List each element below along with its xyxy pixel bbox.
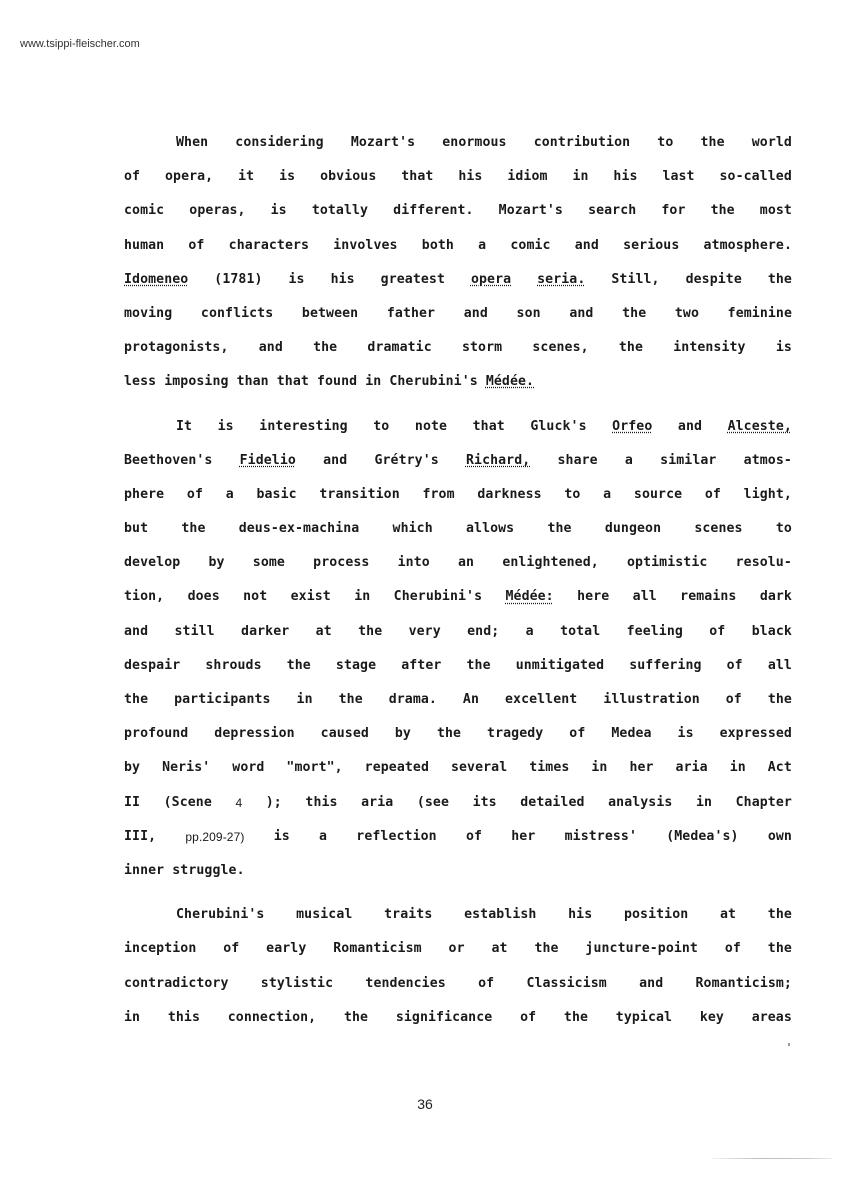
word: transition: [319, 478, 399, 512]
word: (Scene: [164, 786, 212, 820]
word: of: [727, 649, 743, 683]
word: position: [624, 898, 688, 932]
word: Neris': [162, 751, 210, 785]
word: of: [709, 615, 725, 649]
word: to: [373, 410, 389, 444]
word: source: [634, 478, 682, 512]
word: feeling: [627, 615, 683, 649]
text-line: Idomeneo(1781)ishisgreatestoperaseria.St…: [124, 263, 792, 297]
word: shrouds: [205, 649, 261, 683]
word: to: [657, 126, 673, 160]
word: but: [124, 512, 148, 546]
word: from: [422, 478, 454, 512]
word: Beethoven's: [124, 444, 212, 478]
word: connection,: [228, 1001, 316, 1035]
word: musical: [296, 898, 352, 932]
word: note: [415, 410, 447, 444]
word: her: [629, 751, 653, 785]
word: light,: [744, 478, 792, 512]
word: of: [726, 683, 742, 717]
word: struggle.: [172, 854, 244, 888]
word: areas: [752, 1001, 792, 1035]
word: a: [478, 229, 486, 263]
word: of: [124, 160, 140, 194]
word: the: [768, 932, 792, 966]
paragraph-gap: [124, 400, 792, 410]
text-line: inthisconnection,thesignificanceofthetyp…: [124, 1001, 792, 1035]
text-line: butthedeus-ex-machinawhichallowsthedunge…: [124, 512, 792, 546]
word: detailed: [520, 786, 584, 820]
word: contradictory: [124, 967, 229, 1001]
word: the: [534, 932, 558, 966]
paragraph: ItisinterestingtonotethatGluck'sOrfeoand…: [124, 410, 792, 889]
word: opera,: [165, 160, 213, 194]
word: his: [568, 898, 592, 932]
word: tragedy: [487, 717, 543, 751]
word: reflection: [356, 820, 436, 854]
word: key: [700, 1001, 724, 1035]
word: own: [768, 820, 792, 854]
word: It: [176, 410, 192, 444]
word: that: [473, 410, 505, 444]
word: despite: [686, 263, 742, 297]
text-line: movingconflictsbetweenfatherandsonandthe…: [124, 297, 792, 331]
word: world: [752, 126, 792, 160]
word: (see: [417, 786, 449, 820]
word: and: [575, 229, 599, 263]
word: dungeon: [605, 512, 661, 546]
word: Romanticism;: [696, 967, 792, 1001]
word: early: [266, 932, 306, 966]
word: his: [458, 160, 482, 194]
word: of: [705, 478, 721, 512]
word: inner: [124, 854, 172, 888]
word: is: [776, 331, 792, 365]
word: of: [725, 932, 741, 966]
document-body: WhenconsideringMozart'senormouscontribut…: [124, 126, 792, 1035]
word: and: [678, 410, 702, 444]
word: operas,: [189, 194, 245, 228]
word: end;: [467, 615, 499, 649]
word: atmosphere.: [704, 229, 792, 263]
word: deus-ex-machina: [239, 512, 360, 546]
word: different.: [393, 194, 473, 228]
word: "mort",: [286, 751, 342, 785]
word: between: [302, 297, 358, 331]
word: Classicism: [526, 967, 606, 1001]
word: so-called: [720, 160, 792, 194]
text-line: theparticipantsinthedrama.Anexcellentill…: [124, 683, 792, 717]
word: is: [274, 820, 290, 854]
word: repeated: [365, 751, 429, 785]
word: at: [491, 932, 507, 966]
word: optimistic: [627, 546, 707, 580]
word: the: [437, 717, 461, 751]
word: of: [188, 229, 204, 263]
word: the: [547, 512, 571, 546]
word: An: [463, 683, 479, 717]
word: pp.209-27): [185, 820, 244, 854]
word: aria: [676, 751, 708, 785]
word: in: [572, 160, 588, 194]
word: by: [124, 751, 140, 785]
word: in: [730, 751, 746, 785]
word: Still,: [611, 263, 659, 297]
word: of: [520, 1001, 536, 1035]
word: juncture-point: [585, 932, 698, 966]
word: allows: [466, 512, 514, 546]
word: (Medea's): [666, 820, 738, 854]
word: black: [752, 615, 792, 649]
word: seria.: [537, 263, 585, 297]
text-line: humanofcharactersinvolvesbothacomicandse…: [124, 229, 792, 263]
word: the: [701, 126, 725, 160]
word: or: [449, 932, 465, 966]
word: II: [124, 786, 140, 820]
word: very: [409, 615, 441, 649]
word: dark: [760, 580, 792, 614]
word: the: [358, 615, 382, 649]
word: human: [124, 229, 164, 263]
word: of: [478, 967, 494, 1001]
text-line: WhenconsideringMozart'senormouscontribut…: [124, 126, 792, 160]
word: develop: [124, 546, 180, 580]
word: the: [768, 263, 792, 297]
word: for: [661, 194, 685, 228]
word: Fidelio: [240, 444, 296, 478]
word: significance: [396, 1001, 492, 1035]
word: unmitigated: [516, 649, 604, 683]
word: excellent: [505, 683, 577, 717]
word: idiom: [507, 160, 547, 194]
word: despair: [124, 649, 180, 683]
word: imposing: [164, 365, 236, 399]
word: the: [313, 331, 337, 365]
word: than: [237, 365, 277, 399]
word: When: [176, 126, 208, 160]
word: opera: [471, 263, 511, 297]
word: Cherubini's: [389, 365, 485, 399]
word: comic: [510, 229, 550, 263]
website-watermark: www.tsippi-fleischer.com: [20, 38, 140, 50]
word: darkness: [477, 478, 541, 512]
word: basic: [256, 478, 296, 512]
word: Médée:: [505, 580, 553, 614]
word: protagonists,: [124, 331, 229, 365]
text-line: byNeris'word"mort",repeatedseveraltimesi…: [124, 751, 792, 785]
word: to: [776, 512, 792, 546]
word: a: [603, 478, 611, 512]
word: 4: [235, 786, 242, 820]
word: still: [174, 615, 214, 649]
word: the: [287, 649, 311, 683]
text-line: despairshroudsthestageaftertheunmitigate…: [124, 649, 792, 683]
word: that: [277, 365, 317, 399]
word: father: [387, 297, 435, 331]
word: is: [279, 160, 295, 194]
word: less: [124, 365, 164, 399]
word: is: [678, 717, 694, 751]
word: does: [188, 580, 220, 614]
word: of: [223, 932, 239, 966]
word: depression: [214, 717, 294, 751]
word: storm: [462, 331, 502, 365]
word: feminine: [728, 297, 792, 331]
word: establish: [464, 898, 536, 932]
word: this: [168, 1001, 200, 1035]
word: resolu-: [736, 546, 792, 580]
word: caused: [321, 717, 369, 751]
word: in: [365, 365, 389, 399]
word: it: [238, 160, 254, 194]
word: intensity: [673, 331, 745, 365]
word: which: [393, 512, 433, 546]
word: the: [466, 649, 490, 683]
word: here: [577, 580, 609, 614]
text-line: profounddepressioncausedbythetragedyofMe…: [124, 717, 792, 751]
page-number: 36: [0, 1096, 850, 1112]
word: is: [289, 263, 305, 297]
word: son: [517, 297, 541, 331]
word: all: [768, 649, 792, 683]
text-line: andstilldarkerattheveryend;atotalfeeling…: [124, 615, 792, 649]
word: the: [344, 1001, 368, 1035]
word: Romanticism: [333, 932, 421, 966]
word: profound: [124, 717, 188, 751]
word: some: [253, 546, 285, 580]
word: );: [266, 786, 282, 820]
word: that: [401, 160, 433, 194]
word: phere: [124, 478, 164, 512]
paragraph: Cherubini'smusicaltraitsestablishhisposi…: [124, 898, 792, 1035]
word: illustration: [603, 683, 699, 717]
word: atmos-: [744, 444, 792, 478]
word: and: [124, 615, 148, 649]
text-line: ofopera,itisobviousthathisidiominhislast…: [124, 160, 792, 194]
word: remains: [680, 580, 736, 614]
word: (1781): [214, 263, 262, 297]
word: Grétry's: [374, 444, 438, 478]
word: is: [271, 194, 287, 228]
word: the: [619, 331, 643, 365]
word: and: [464, 297, 488, 331]
word: aria: [361, 786, 393, 820]
word: into: [398, 546, 430, 580]
word: greatest: [381, 263, 445, 297]
word: search: [588, 194, 636, 228]
word: the: [339, 683, 363, 717]
word: Richard,: [466, 444, 530, 478]
text-line: developbysomeprocessintoanenlightened,op…: [124, 546, 792, 580]
word: suffering: [629, 649, 701, 683]
text-line: ItisinterestingtonotethatGluck'sOrfeoand…: [124, 410, 792, 444]
word: all: [633, 580, 657, 614]
word: inception: [124, 932, 196, 966]
word: and: [323, 444, 347, 478]
word: Medea: [611, 717, 651, 751]
word: share: [558, 444, 598, 478]
word: not: [243, 580, 267, 614]
word: his: [331, 263, 355, 297]
word: several: [451, 751, 507, 785]
word: process: [313, 546, 369, 580]
word: drama.: [389, 683, 437, 717]
word: totally: [312, 194, 368, 228]
word: in: [696, 786, 712, 820]
word: comic: [124, 194, 164, 228]
word: tion,: [124, 580, 164, 614]
word: the: [564, 1001, 588, 1035]
scan-artifact-line: [712, 1158, 832, 1159]
word: exist: [291, 580, 331, 614]
word: at: [316, 615, 332, 649]
word: at: [720, 898, 736, 932]
word: and: [259, 331, 283, 365]
word: darker: [241, 615, 289, 649]
word: Chapter: [736, 786, 792, 820]
word: characters: [229, 229, 309, 263]
text-line: Cherubini'smusicaltraitsestablishhisposi…: [124, 898, 792, 932]
word: after: [401, 649, 441, 683]
word: and: [639, 967, 663, 1001]
word: is: [218, 410, 234, 444]
word: the: [181, 512, 205, 546]
text-line: less imposing than that found in Cherubi…: [124, 365, 792, 399]
word: conflicts: [201, 297, 273, 331]
word: times: [529, 751, 569, 785]
word: scenes: [694, 512, 742, 546]
word: both: [422, 229, 454, 263]
word: of: [569, 717, 585, 751]
word: most: [760, 194, 792, 228]
word: and: [569, 297, 593, 331]
word: contribution: [534, 126, 630, 160]
word: by: [395, 717, 411, 751]
text-line: protagonists,andthedramaticstormscenes,t…: [124, 331, 792, 365]
word: Act: [768, 751, 792, 785]
word: a: [526, 615, 534, 649]
word: enlightened,: [502, 546, 598, 580]
word: similar: [660, 444, 716, 478]
word: the: [768, 898, 792, 932]
text-line: comicoperas,istotallydifferent.Mozart'ss…: [124, 194, 792, 228]
word: its: [473, 786, 497, 820]
word: a: [226, 478, 234, 512]
word: in: [354, 580, 370, 614]
word: considering: [235, 126, 323, 160]
word: total: [560, 615, 600, 649]
word: an: [458, 546, 474, 580]
word: III,: [124, 820, 156, 854]
word: to: [564, 478, 580, 512]
word: interesting: [259, 410, 347, 444]
word: stage: [336, 649, 376, 683]
word: Gluck's: [530, 410, 586, 444]
word: Idomeneo: [124, 263, 188, 297]
word: last: [662, 160, 694, 194]
word: found: [317, 365, 365, 399]
word: analysis: [608, 786, 672, 820]
text-line: phereofabasictransitionfromdarknesstoaso…: [124, 478, 792, 512]
word: word: [232, 751, 264, 785]
word: by: [208, 546, 224, 580]
text-line: contradictorystylistictendenciesofClassi…: [124, 967, 792, 1001]
word: Orfeo: [612, 410, 652, 444]
word: of: [466, 820, 482, 854]
text-line: inceptionofearlyRomanticismoratthejunctu…: [124, 932, 792, 966]
word: the: [768, 683, 792, 717]
word: in: [124, 1001, 140, 1035]
word: mistress': [565, 820, 637, 854]
word: in: [297, 683, 313, 717]
word: two: [675, 297, 699, 331]
word: moving: [124, 297, 172, 331]
word: in: [591, 751, 607, 785]
word: this: [305, 786, 337, 820]
word: traits: [384, 898, 432, 932]
word: tendencies: [365, 967, 445, 1001]
word: the: [622, 297, 646, 331]
word: involves: [333, 229, 397, 263]
word: Cherubini's: [176, 898, 264, 932]
text-line: III,pp.209-27)isareflectionofhermistress…: [124, 820, 792, 854]
word: his: [613, 160, 637, 194]
word: Médée.: [486, 365, 534, 399]
word: her: [511, 820, 535, 854]
text-line: inner struggle.: [124, 854, 792, 888]
text-line: II(Scene4);thisaria(seeitsdetailedanalys…: [124, 786, 792, 820]
word: Cherubini's: [394, 580, 482, 614]
word: dramatic: [367, 331, 431, 365]
text-line: tion,doesnotexistinCherubini'sMédée:here…: [124, 580, 792, 614]
word: stylistic: [261, 967, 333, 1001]
paragraph: WhenconsideringMozart'senormouscontribut…: [124, 126, 792, 400]
word: expressed: [720, 717, 792, 751]
word: Mozart's: [499, 194, 563, 228]
word: serious: [623, 229, 679, 263]
word: obvious: [320, 160, 376, 194]
paragraph-gap: [124, 888, 792, 898]
word: Alceste,: [728, 410, 792, 444]
word: scenes,: [532, 331, 588, 365]
word: a: [625, 444, 633, 478]
scan-speck: [788, 1043, 790, 1046]
word: of: [187, 478, 203, 512]
word: enormous: [442, 126, 506, 160]
word: a: [319, 820, 327, 854]
word: participants: [174, 683, 270, 717]
word: typical: [616, 1001, 672, 1035]
text-line: Beethoven'sFidelioandGrétry'sRichard,sha…: [124, 444, 792, 478]
word: Mozart's: [351, 126, 415, 160]
word: the: [711, 194, 735, 228]
word: the: [124, 683, 148, 717]
